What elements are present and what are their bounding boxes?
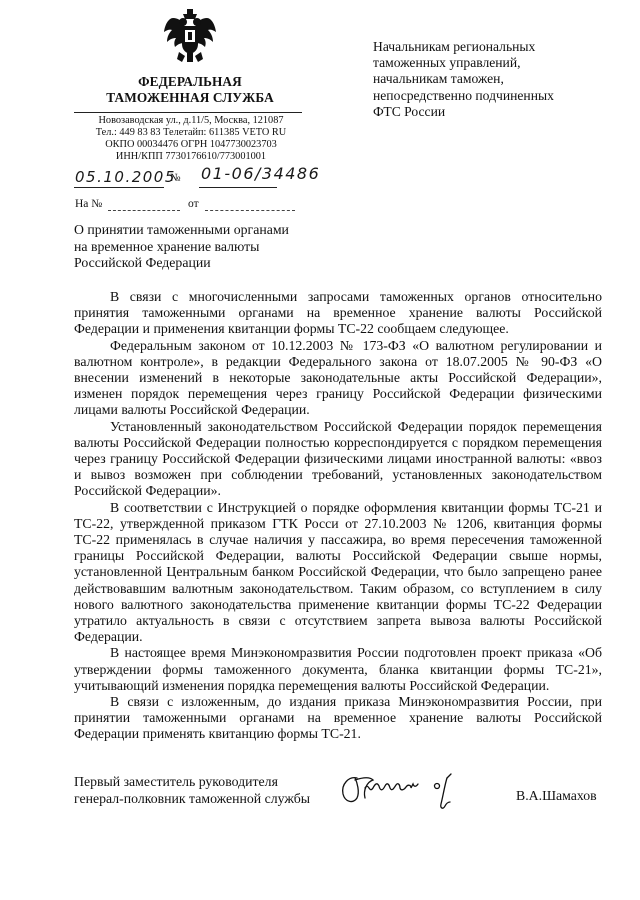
recipient-line: начальникам таможен, (373, 71, 554, 87)
reference-number-label: На № (75, 198, 102, 210)
signer-name: В.А.Шамахов (516, 788, 597, 804)
recipient-line: ФТС России (373, 104, 554, 120)
address-line: Новозаводская ул., д.11/5, Москва, 12108… (80, 115, 302, 127)
organization-name-line2: ТАМОЖЕННАЯ СЛУЖБА (80, 89, 300, 106)
body-paragraph: В настоящее время Минэкономразвития Росс… (74, 645, 602, 694)
subject-line: Российской Федерации (74, 255, 289, 272)
inn-kpp-line: ИНН/КПП 7730176610/773001001 (80, 151, 302, 163)
registration-date: 05.10.2005 (75, 168, 176, 186)
number-underline (199, 187, 277, 188)
recipient-block: Начальникам региональных таможенных упра… (373, 39, 554, 120)
letterhead-divider (74, 112, 302, 113)
reference-date-label: от (188, 198, 199, 210)
date-underline (74, 187, 164, 188)
subject-line: О принятии таможенными органами (74, 222, 289, 239)
signatory-position: Первый заместитель руководителя (74, 774, 310, 791)
subject-block: О принятии таможенными органами на време… (74, 222, 289, 272)
phone-line: Тел.: 449 83 83 Телетайп: 611385 VETO RU (80, 127, 302, 139)
body-paragraph: Установленный законодательством Российск… (74, 419, 602, 500)
coat-of-arms-icon (161, 8, 219, 64)
letter-body: В связи с многочисленными запросами тамо… (74, 289, 602, 743)
reference-number-blank (108, 210, 180, 211)
reference-date-blank (205, 210, 295, 211)
recipient-line: непосредственно подчиненных (373, 88, 554, 104)
organization-name-line1: ФЕДЕРАЛЬНАЯ (80, 73, 300, 90)
signatory-title: Первый заместитель руководителя генерал-… (74, 774, 310, 807)
body-paragraph: В связи с изложенным, до издания приказа… (74, 694, 602, 743)
body-paragraph: Федеральным законом от 10.12.2003 № 173-… (74, 338, 602, 419)
okpo-ogrn-line: ОКПО 00034476 ОГРН 1047730023703 (80, 139, 302, 151)
body-paragraph: В соответствии с Инструкцией о порядке о… (74, 500, 602, 646)
number-sign-label: № (170, 172, 181, 184)
recipient-line: Начальникам региональных (373, 39, 554, 55)
handwritten-signature-icon (335, 772, 475, 822)
subject-line: на временное хранение валюты (74, 239, 289, 256)
signatory-rank: генерал-полковник таможенной службы (74, 791, 310, 808)
body-paragraph: В связи с многочисленными запросами тамо… (74, 289, 602, 338)
registration-number: 01-06/34486 (201, 164, 320, 183)
recipient-line: таможенных управлений, (373, 55, 554, 71)
